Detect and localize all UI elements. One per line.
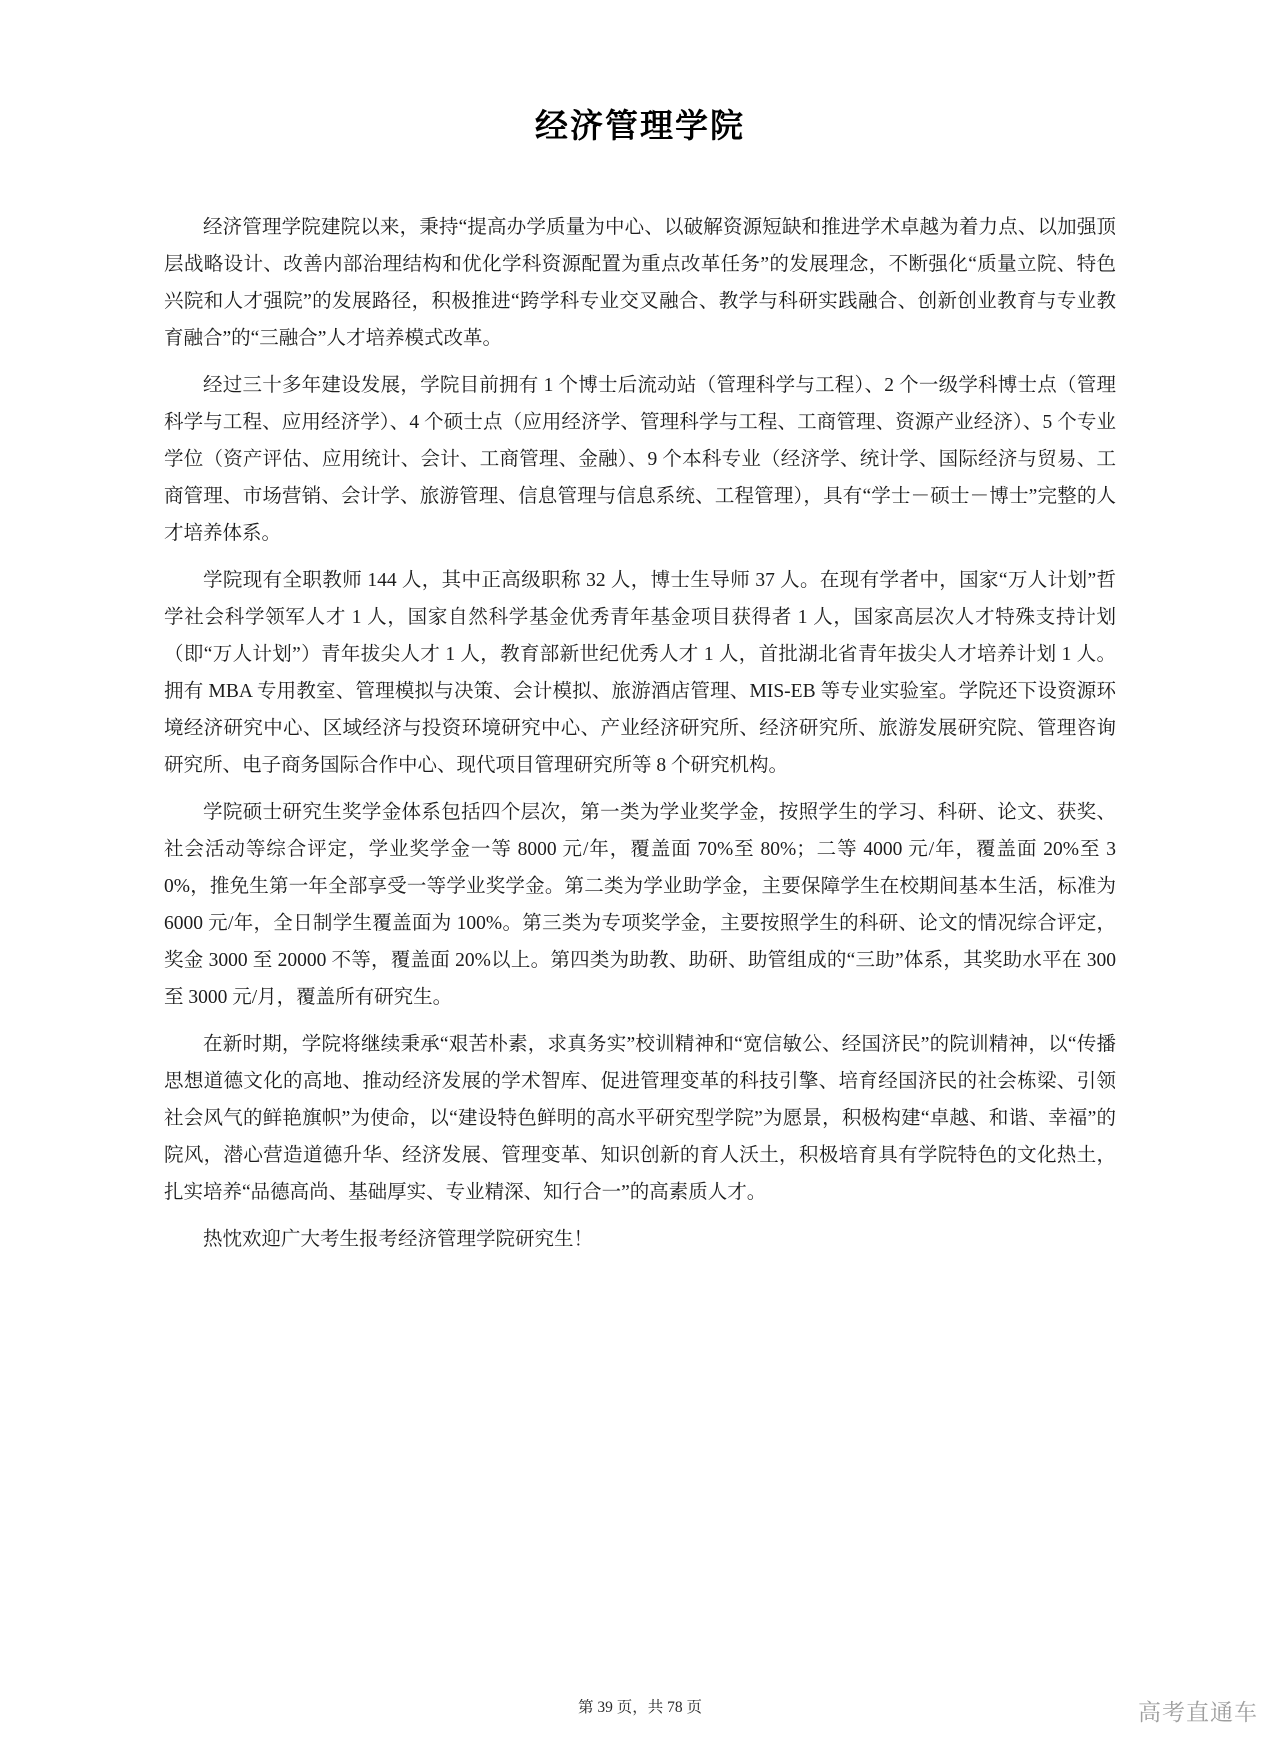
document-page: 经济管理学院 经济管理学院建院以来，秉持“提高办学质量为中心、以破解资源短缺和推… xyxy=(0,0,1280,1749)
document-body: 经济管理学院建院以来，秉持“提高办学质量为中心、以破解资源短缺和推进学术卓越为着… xyxy=(164,209,1116,1258)
paragraph-intro: 经济管理学院建院以来，秉持“提高办学质量为中心、以破解资源短缺和推进学术卓越为着… xyxy=(164,209,1116,357)
paragraph-welcome: 热忱欢迎广大考生报考经济管理学院研究生！ xyxy=(164,1221,1116,1258)
paragraph-programs: 经过三十多年建设发展，学院目前拥有 1 个博士后流动站（管理科学与工程）、2 个… xyxy=(164,367,1116,552)
page-number: 第 39 页，共 78 页 xyxy=(0,1695,1280,1717)
watermark: 高考直通车 xyxy=(1138,1694,1258,1727)
paragraph-faculty: 学院现有全职教师 144 人，其中正高级职称 32 人，博士生导师 37 人。在… xyxy=(164,562,1116,784)
paragraph-vision: 在新时期，学院将继续秉承“艰苦朴素，求真务实”校训精神和“宽信敏公、经国济民”的… xyxy=(164,1026,1116,1211)
page-title: 经济管理学院 xyxy=(0,0,1280,147)
paragraph-scholarships: 学院硕士研究生奖学金体系包括四个层次，第一类为学业奖学金，按照学生的学习、科研、… xyxy=(164,794,1116,1016)
